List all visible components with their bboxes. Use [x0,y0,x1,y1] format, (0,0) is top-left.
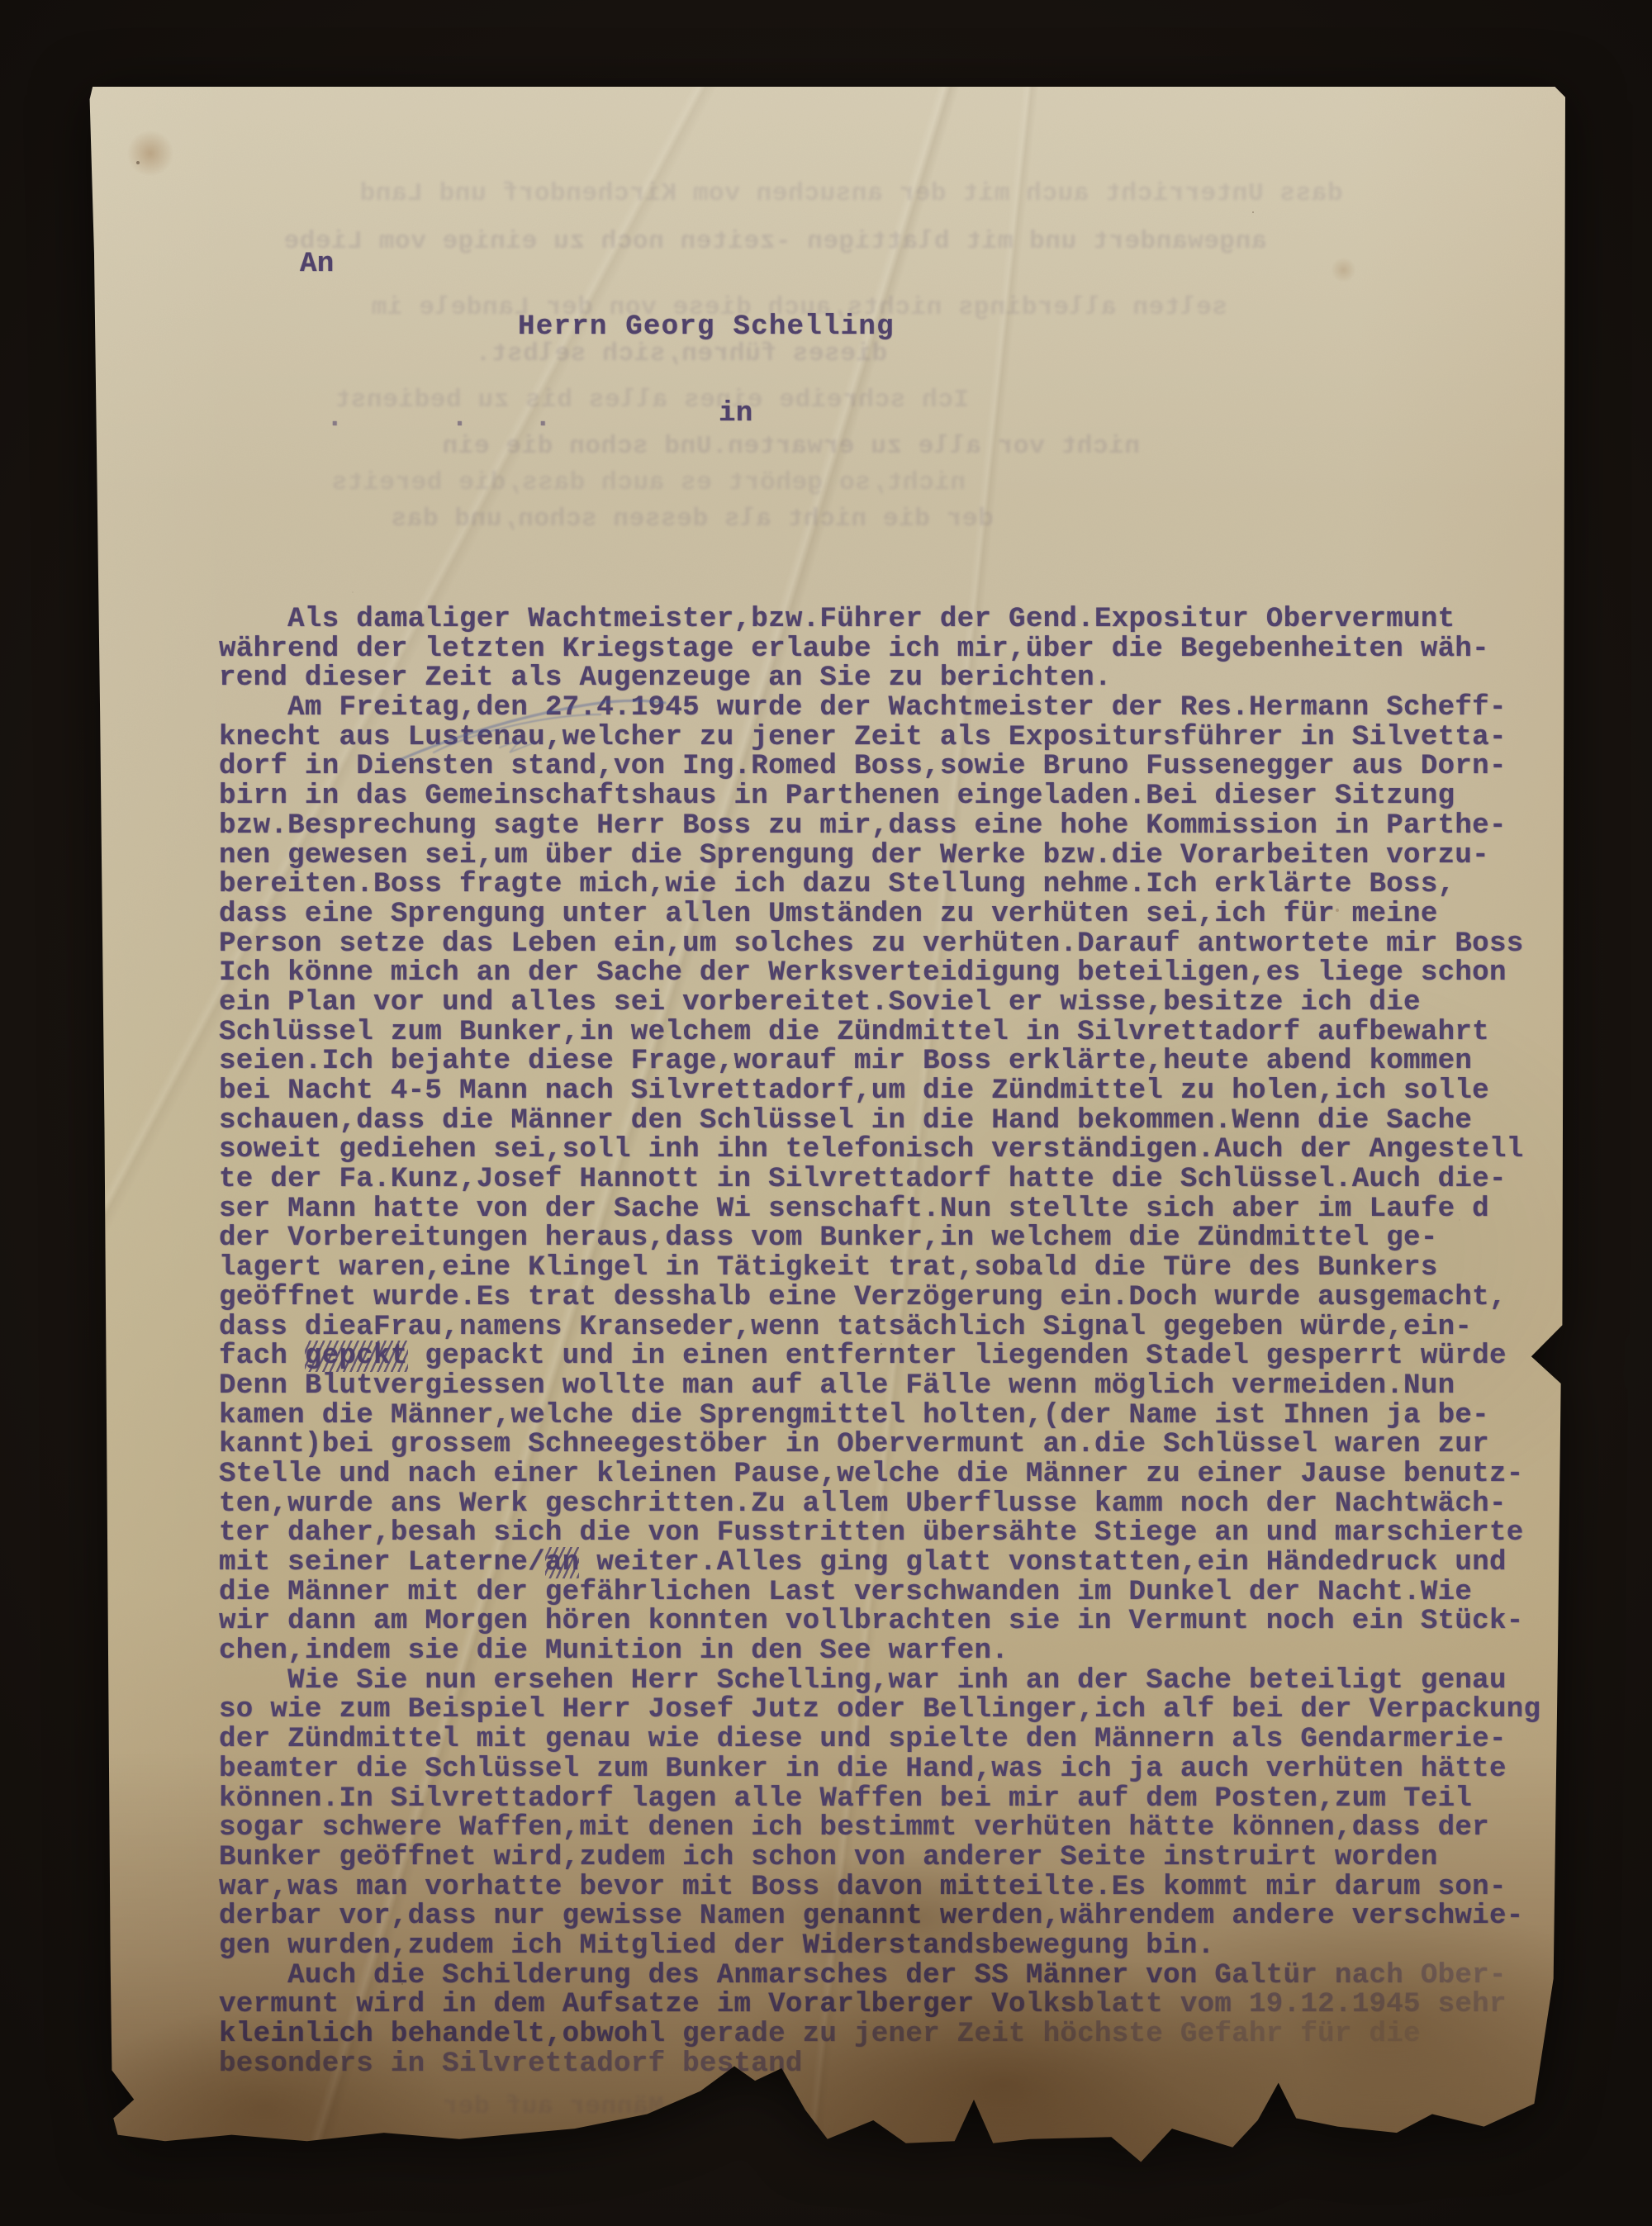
typed-line: mit seiner Laterne/an weiter.Alles ging … [219,1549,1574,1578]
typed-line: birn in das Gemeinschaftshaus in Parthen… [219,782,1574,812]
typed-line: Wie Sie nun ersehen Herr Schelling,war i… [219,1667,1574,1697]
paper-specks [136,161,140,164]
typed-line: können.In Silvrettadorf lagen alle Waffe… [219,1785,1574,1815]
typed-line: geöffnet wurde.Es trat desshalb eine Ver… [219,1284,1574,1313]
typed-line: chen,indem sie die Munition in den See w… [219,1637,1574,1667]
typed-line: gen wurden,zudem ich Mitglied der Widers… [219,1932,1574,1962]
typed-line: ein Plan vor und alles sei vorbereitet.S… [219,989,1574,1018]
typed-line: lagert waren,eine Klingel in Tätigkeit t… [219,1254,1574,1284]
typed-line: vermunt wird in dem Aufsatze im Vorarlbe… [219,1991,1574,2020]
typed-line: Ich könne mich an der Sache der Werksver… [219,959,1574,989]
typed-line: dass dieaFrau,namens Kranseder,wenn tats… [219,1313,1574,1343]
typed-line: schauen,dass die Männer den Schlüssel in… [219,1107,1574,1137]
typed-line: war,was man vorhatte bevor mit Boss davo… [219,1873,1574,1903]
typed-line: Stelle und nach einer kleinen Pause,welc… [219,1460,1574,1490]
bleed-through-line: dass Unterricht auch mit der ansuchen vo… [359,179,1343,208]
typed-line: wir dann am Morgen hören konnten vollbra… [219,1607,1574,1637]
typed-line: dass eine Sprengung unter allen Umstände… [219,900,1574,930]
typed-line: knecht aus Lustenau,welcher zu jener Zei… [219,724,1574,753]
typed-line: kamen die Männer,welche die Sprengmittel… [219,1402,1574,1431]
typed-line: beamter die Schlüssel zum Bunker in die … [219,1755,1574,1785]
typed-line: Als damaliger Wachtmeister,bzw.Führer de… [219,605,1574,635]
bleed-through-line: dieses führen,sich selbst. [475,339,887,368]
typed-line: soweit gediehen sei,soll inh ihn telefon… [219,1136,1574,1165]
typed-line: seien.Ich bejahte diese Frage,worauf mir… [219,1047,1574,1077]
letter-photo: dass Unterricht auch mit der ansuchen vo… [0,0,1652,2226]
typed-line: Auch die Schilderung des Anmarsches der … [219,1962,1574,1991]
struck-word: an [545,1547,580,1578]
typed-line: kannt)bei grossem Schneegestöber in Ober… [219,1431,1574,1460]
typed-line: ser Mann hatte von der Sache Wi senschaf… [219,1195,1574,1225]
typed-line: der Vorbereitungen heraus,dass vom Bunke… [219,1224,1574,1254]
typed-line: bei Nacht 4-5 Mann nach Silvrettadorf,um… [219,1077,1574,1107]
typed-line: ten,wurde ans Werk geschritten.Zu allem … [219,1490,1574,1520]
recipient-location-word: in [719,398,753,430]
letter-page: dass Unterricht auch mit der ansuchen vo… [87,87,1565,2168]
typed-line: bereiten.Boss fragte mich,wie ich dazu S… [219,871,1574,900]
photo-background: { "document": { "recipient": { "salutati… [0,0,1652,2226]
typed-line: dorf in Diensten stand,von Ing.Romed Bos… [219,752,1574,782]
typed-line: Am Freitag,den 27.4.1945 wurde der Wacht… [219,694,1574,724]
typed-line: kleinlich behandelt,obwohl gerade zu jen… [219,2020,1574,2050]
typed-line: sogar schwere Waffen,mit denen ich besti… [219,1814,1574,1844]
bleed-through-line: nicht vor alle zu erwarten.Und schon die… [442,432,1140,461]
typed-line: fach gepckt gepackt und in einen entfern… [219,1342,1574,1372]
struck-word: gepckt [305,1341,408,1372]
typed-line: Person setze das Leben ein,um solches zu… [219,930,1574,960]
bleed-through-line: der die nicht als dessen schon,und das [391,505,994,534]
typed-line: te der Fa.Kunz,Josef Hannott in Silvrett… [219,1165,1574,1195]
bleed-through-line: und die Männer auf der [442,2092,790,2121]
bleed-through-line: angewandert und mit blattigen -zeiten no… [283,227,1267,256]
typed-line: Denn Blutvergiessen wollte man auf alle … [219,1372,1574,1402]
bleed-through-line: nicht,so gehört es auch dass,die bereits [331,468,966,497]
typed-line: die Männer mit der gefährlichen Last ver… [219,1578,1574,1608]
typed-line: ter daher,besah sich die von Fusstritten… [219,1519,1574,1549]
typed-line: nen gewesen sei,um über die Sprengung de… [219,842,1574,871]
typed-line: Schlüssel zum Bunker,in welchem die Zünd… [219,1018,1574,1048]
letter-body: Als damaliger Wachtmeister,bzw.Führer de… [219,605,1574,2079]
typed-line: rend dieser Zeit als Augenzeuge an Sie z… [219,664,1574,694]
recipient-name: Herrn Georg Schelling [518,311,895,343]
typed-line: Bunker geöffnet wird,zudem ich schon von… [219,1844,1574,1873]
typed-line: bzw.Besprechung sagte Herr Boss zu mir,d… [219,812,1574,842]
recipient-salutation: An [300,249,335,280]
typed-line: der Zündmittel mit genau wie diese und s… [219,1725,1574,1755]
typed-line: besonders in Silvrettadorf bestand [219,2050,1574,2080]
typed-dots: . . . [326,403,576,434]
typed-line: während der letzten Kriegstage erlaube i… [219,635,1574,665]
typed-line: so wie zum Beispiel Herr Josef Jutz oder… [219,1696,1574,1725]
typed-line: derbar vor,dass nur gewisse Namen genann… [219,1902,1574,1932]
